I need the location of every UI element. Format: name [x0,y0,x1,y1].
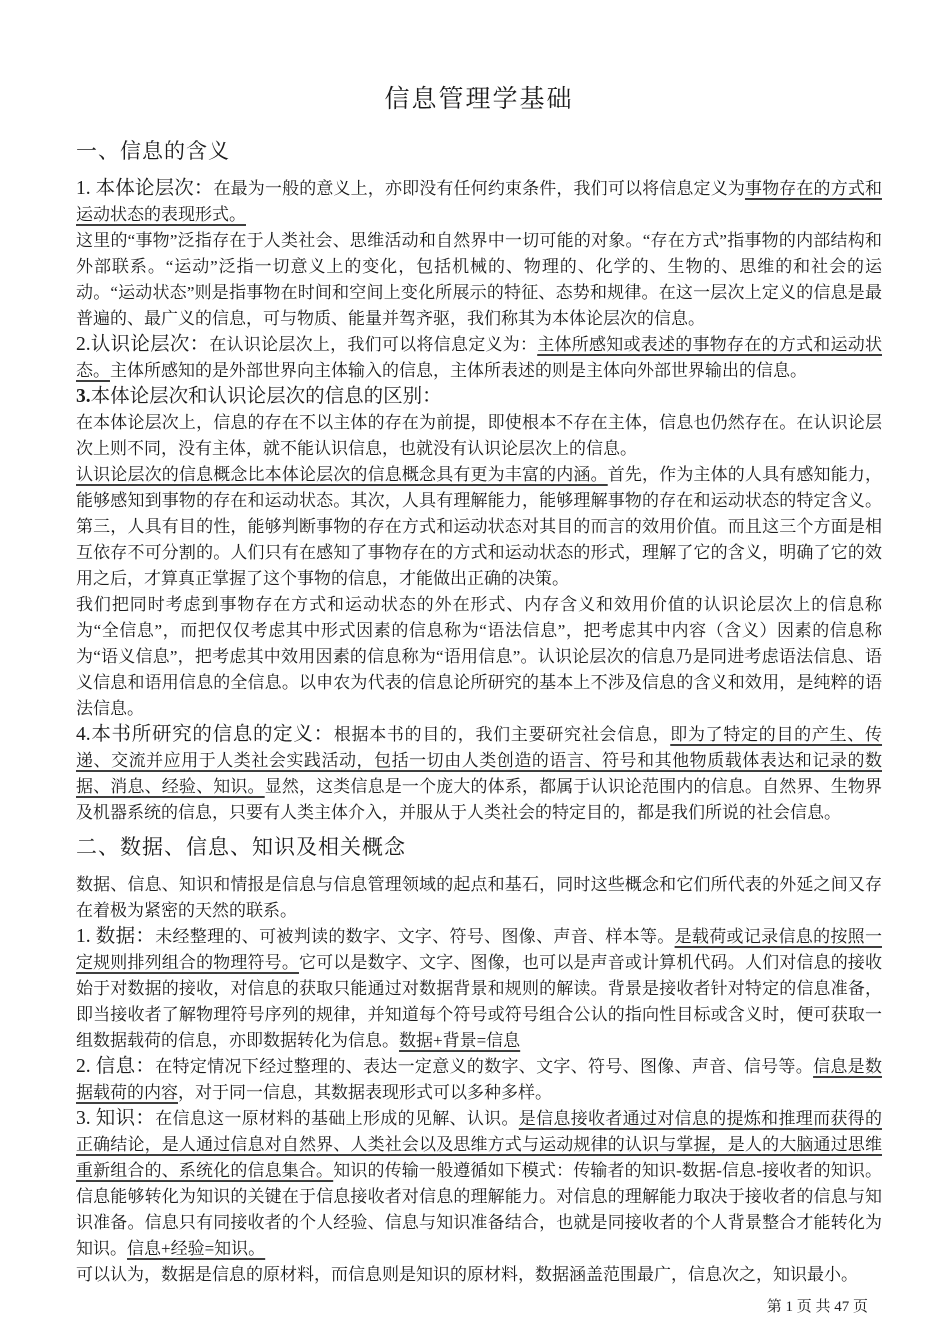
body-text: 主体所感知的是外部世界向主体输入的信息，主体所表述的则是主体向外部世界输出的信息… [110,361,807,380]
paragraph-epistemology-level: 2.认识论层次：在认识论层次上，我们可以将信息定义为：主体所感知或表述的事物存在… [76,332,882,384]
body-text: 在最为一般的意义上，亦即没有任何约束条件，我们可以将信息定义为 [214,179,745,198]
paragraph-difference-body: 在本体论层次上，信息的存在不以主体的存在为前提，即使根本不存在主体，信息也仍然存… [76,410,882,462]
paragraph-concepts-intro: 数据、信息、知识和情报是信息与信息管理领域的起点和基石，同时这些概念和它们所代表… [76,872,882,924]
section-2-heading: 二、数据、信息、知识及相关概念 [76,832,882,862]
body-text: 在认识论层次上，我们可以将信息定义为： [209,335,537,354]
body-text: 根据本书的目的，我们主要研究社会信息， [334,725,670,744]
body-text: 在信息这一原材料的基础上形成的见解、认识。 [155,1109,519,1128]
body-text: 数据、信息、知识和情报是信息与信息管理领域的起点和基石，同时这些概念和它们所代表… [76,875,882,920]
section-information-meaning: 一、信息的含义 1. 本体论层次：在最为一般的意义上，亦即没有任何约束条件，我们… [76,136,882,826]
document-title: 信息管理学基础 [76,84,882,116]
term-label: 4.本书所研究的信息的定义： [76,724,334,745]
section-data-information-knowledge: 二、数据、信息、知识及相关概念 数据、信息、知识和情报是信息与信息管理领域的起点… [76,832,882,1288]
paragraph-knowledge-definition: 3. 知识：在信息这一原材料的基础上形成的见解、认识。是信息接收者通过对信息的提… [76,1106,882,1262]
body-text: 未经整理的、可被判读的数字、文字、符号、图像、声音、样本等。 [155,927,674,946]
body-text: ，对于同一信息，其数据表现形式可以多种多样。 [178,1083,552,1102]
term-label: 2. 信息： [76,1056,155,1077]
term-label: 2.认识论层次： [76,334,209,355]
underlined-formula: 信息+经验=知识。 [127,1239,265,1258]
paragraph-book-definition: 4.本书所研究的信息的定义：根据本书的目的，我们主要研究社会信息，即为了特定的目… [76,722,882,826]
term-label: 3. 知识： [76,1108,155,1129]
paragraph-ontology-explanation: 这里的“事物”泛指存在于人类社会、思维活动和自然界中一切可能的对象。“存在方式”… [76,228,882,332]
paragraph-full-information: 我们把同时考虑到事物存在方式和运动状态的外在形式、内存含义和效用价值的认识论层次… [76,592,882,722]
paragraph-difference-heading: 3.本体论层次和认识论层次的信息的区别： [76,384,882,410]
term-label: 本体论层次和认识论层次的信息的区别： [91,386,442,407]
body-text: 可以认为，数据是信息的原材料，而信息则是知识的原材料，数据涵盖范围最广，信息次之… [76,1265,858,1284]
paragraph-conclusion: 可以认为，数据是信息的原材料，而信息则是知识的原材料，数据涵盖范围最广，信息次之… [76,1262,882,1288]
page-footer: 第 1 页 共 47 页 [76,1296,882,1318]
document-page: 信息管理学基础 一、信息的含义 1. 本体论层次：在最为一般的意义上，亦即没有任… [0,0,950,1344]
page-number-text: 第 1 页 共 47 页 [767,1299,868,1315]
underlined-text: 认识论层次的信息概念比本体论层次的信息概念具有更为丰富的内涵。 [76,465,608,484]
body-text: 在本体论层次上，信息的存在不以主体的存在为前提，即使根本不存在主体，信息也仍然存… [76,413,882,458]
paragraph-epistemology-richness: 认识论层次的信息概念比本体论层次的信息概念具有更为丰富的内涵。首先，作为主体的人… [76,462,882,592]
paragraph-information-definition: 2. 信息：在特定情况下经过整理的、表达一定意义的数字、文字、符号、图像、声音、… [76,1054,882,1106]
body-text: 这里的“事物”泛指存在于人类社会、思维活动和自然界中一切可能的对象。“存在方式”… [76,231,882,328]
paragraph-data-definition: 1. 数据：未经整理的、可被判读的数字、文字、符号、图像、声音、样本等。是载荷或… [76,924,882,1054]
body-text: 在特定情况下经过整理的、表达一定意义的数字、文字、符号、图像、声音、信号等。 [155,1057,813,1076]
term-number: 3. [76,386,91,407]
section-1-heading: 一、信息的含义 [76,136,882,166]
underlined-formula: 数据+背景=信息 [399,1031,520,1050]
paragraph-ontology-level: 1. 本体论层次：在最为一般的意义上，亦即没有任何约束条件，我们可以将信息定义为… [76,176,882,228]
term-label: 1. 本体论层次： [76,178,214,199]
body-text: 我们把同时考虑到事物存在方式和运动状态的外在形式、内存含义和效用价值的认识论层次… [76,595,882,718]
term-label: 1. 数据： [76,926,155,947]
